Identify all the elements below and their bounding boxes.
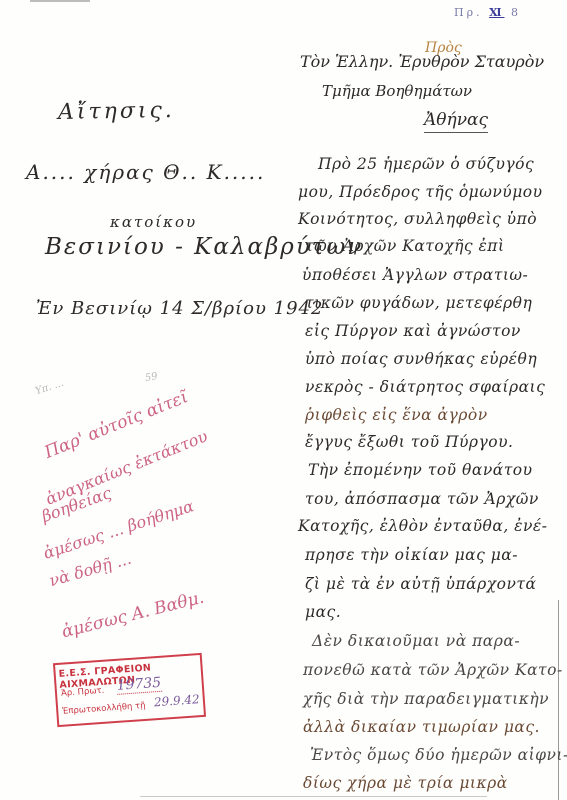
body-line: ἀλλὰ δικαίαν τιμωρίαν μας. [303, 718, 540, 736]
body-line: πονεθῶ κατὰ τῶν Ἀρχῶν Κατο- [303, 661, 563, 679]
body-line: ὑπὸ ποίας συνθήκας εὑρέθη [305, 350, 537, 368]
body-line: ἔγγυς ἔξωθι τοῦ Πύργου. [305, 433, 513, 451]
body-line: μας. [305, 603, 341, 621]
body-line: μου, Πρόεδρος τῆς ὁμωνύμου [298, 183, 543, 201]
body-line: ὑποθέσει Ἀγγλων στρατιω- [302, 266, 528, 284]
body-line: εἰς Πύργον καὶ ἀγνώστον [305, 322, 521, 340]
addressee-line-2: Τμῆμα Βοηθημάτων [322, 82, 472, 100]
body-line: πρησε τὴν οἰκίαν μας μα- [305, 546, 518, 564]
pencil-note: Υπ. ... [34, 378, 65, 397]
body-line: τικῶν φυγάδων, μετεφέρθη [305, 294, 532, 312]
addressee-line-3: Ἀθήνας [424, 110, 488, 133]
addressee-line-1: Τὸν Ἑλλην. Ἐρυθρὸν Σταυρὸν [300, 52, 544, 71]
document-page: Πρ. Ⅺ 8 Αἴτησις. Α.... χήρας Θ.. Κ..... … [0, 0, 567, 800]
date-line: Ἐν Βεσινίῳ 14 Σ/βρίου 1942 [36, 298, 323, 319]
petition-title: Αἴτησις. [58, 98, 175, 125]
stamp-number-label: Ἀρ. Πρωτ. [61, 686, 105, 699]
reference-prefix: Πρ. [454, 6, 483, 19]
stamp-date-label: Ἐπρωτοκολλήθη τῇ [62, 701, 146, 717]
body-line: Ἐντὸς ὅμως δύο ἡμερῶν αἰφνι- [310, 746, 567, 764]
red-annotation-line: ἀμέσως Α. Βαθμ. [60, 588, 206, 643]
body-line: ῥιφθεὶς εἰς ἕνα ἀγρὸν [305, 406, 488, 424]
scan-edge-right [558, 600, 559, 800]
stamp-number-value: 19735 [116, 675, 162, 695]
body-line: νεκρὸς - διάτρητος σφαίραις [305, 378, 545, 396]
registry-stamp: Ε.Ε.Σ. ΓΡΑΦΕΙΟΝ ΑΙΧΜΑΛΩΤΩΝ Ἀρ. Πρωτ. 197… [53, 653, 206, 727]
stamp-date-value: 29.9.42 [153, 692, 200, 709]
body-line: Κοινότητος, συλληφθεὶς ὑπὸ [298, 210, 537, 228]
body-line: ζὶ μὲ τὰ ἐν αὐτῇ ὑπάρχοντά [305, 575, 536, 593]
scan-edge-top [30, 0, 90, 2]
body-line: χῆς διὰ τὴν παραδειγματικὴν [303, 690, 549, 708]
body-line: δίως χήρα μὲ τρία μικρὰ [303, 774, 508, 792]
body-line: Κατοχῆς, ἐλθὸν ἐνταῦθα, ἐνέ- [298, 517, 547, 535]
reference-suffix: 8 [511, 6, 521, 19]
resident-label: κατοίκου [110, 213, 197, 231]
body-line: Δὲν δικαιοῦμαι νὰ παρα- [312, 632, 520, 650]
body-line: του, ἀπόσπασμα τῶν Ἀρχῶν [305, 490, 539, 508]
petitioner-name: Α.... χήρας Θ.. Κ..... [26, 160, 265, 184]
reference-mark: Πρ. Ⅺ 8 [454, 6, 521, 19]
body-line: τῶν Ἀρχῶν Κατοχῆς ἐπὶ [305, 237, 505, 255]
body-line: Τὴν ἐπομένην τοῦ θανάτου [308, 461, 533, 479]
body-line: Πρὸ 25 ἡμερῶν ὁ σύζυγός [318, 155, 534, 173]
pencil-note: 59 [144, 371, 158, 384]
reference-roman-numeral: Ⅺ [489, 6, 504, 19]
scan-edge-bottom [140, 796, 487, 797]
